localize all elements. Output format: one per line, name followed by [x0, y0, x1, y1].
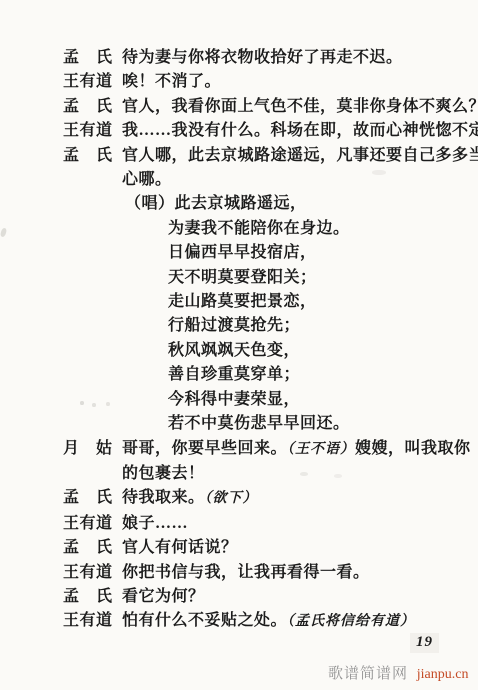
scan-artifact: [372, 170, 386, 175]
watermark: 歌谱简谱网 jianpu.cn: [328, 662, 468, 683]
line-text: 官人有何话说？: [122, 539, 238, 556]
dialogue-text: 看它为何？: [122, 588, 205, 605]
script-line: 天不明莫要登阳关；: [63, 266, 468, 290]
script-line: 今科得中妻荣显，: [63, 388, 468, 412]
line-text: 为妻我不能陪你在身边。: [168, 220, 350, 237]
script-line: 的包裹去！: [63, 462, 468, 486]
line-text: （唱）此去京城路遥远，: [125, 195, 307, 212]
script-line: 孟 氏待为妻与你将衣物收拾好了再走不迟。: [63, 46, 468, 70]
script-line: 行船过渡莫抢先；: [63, 314, 468, 338]
dialogue-text: 娘子……: [122, 515, 188, 532]
script-line: 心哪。: [63, 168, 468, 192]
script-line: 若不中莫伤悲早早回还。: [63, 412, 468, 436]
script-line: 孟 氏官人，我看你面上气色不佳，莫非你身体不爽么？: [63, 95, 468, 119]
script-line: 孟 氏官人有何话说？: [63, 536, 468, 560]
dialogue-text: 的包裹去！: [122, 465, 205, 482]
line-text: 日偏西早早投宿店，: [168, 244, 317, 261]
line-text: 娘子……: [122, 515, 188, 532]
speaker-name: 孟 氏: [63, 486, 111, 510]
stage-direction: （欲下）: [205, 491, 258, 506]
speaker-name: 孟 氏: [63, 95, 111, 119]
scan-artifact: [300, 472, 308, 476]
watermark-brand: 歌谱简谱网: [328, 666, 408, 682]
speaker-name: 王有道: [63, 70, 111, 94]
dialogue-text: 日偏西早早投宿店，: [168, 244, 317, 261]
dialogue-text: 善自珍重莫穿单；: [168, 366, 300, 383]
script-line: 日偏西早早投宿店，: [63, 241, 468, 265]
dialogue-text: 怕有什么不妥贴之处。: [122, 612, 287, 629]
dialogue-text: 心哪。: [122, 171, 172, 188]
script-line: 王有道我……我没有什么。科场在即，故而心神恍惚不定。: [63, 119, 468, 143]
line-text: 官人，我看你面上气色不佳，莫非你身体不爽么？: [122, 98, 478, 115]
stage-direction: （王不语）: [287, 442, 355, 457]
line-text: 你把书信与我，让我再看得一看。: [122, 564, 370, 581]
speaker-name: 孟 氏: [63, 585, 111, 609]
dialogue-text: 秋风飒飒天色变，: [168, 342, 300, 359]
script-line: 孟 氏官人哪，此去京城路途遥远，凡事还要自己多多当: [63, 144, 468, 168]
dialogue-text: 待为妻与你将衣物收拾好了再走不迟。: [122, 49, 403, 66]
speaker-name: 王有道: [63, 561, 111, 585]
dialogue-text: 待我取来。: [122, 489, 205, 506]
line-text: 天不明莫要登阳关；: [168, 269, 317, 286]
script-line: 为妻我不能陪你在身边。: [63, 217, 468, 241]
script-lines: 孟 氏待为妻与你将衣物收拾好了再走不迟。王有道唉！不消了。孟 氏官人，我看你面上…: [63, 46, 468, 635]
line-text: 看它为何？: [122, 588, 205, 605]
dialogue-text: 嫂嫂，叫我取你: [355, 440, 471, 457]
speaker-name: 月 姑: [63, 437, 111, 461]
line-text: 今科得中妻荣显，: [168, 391, 300, 408]
line-text: 哥哥，你要早些回来。（王不语）嫂嫂，叫我取你: [122, 440, 471, 457]
dialogue-text: 官人有何话说？: [122, 539, 238, 556]
page-number: 19: [410, 633, 439, 653]
script-line: 月 姑哥哥，你要早些回来。（王不语）嫂嫂，叫我取你: [63, 437, 468, 462]
script-line: 王有道你把书信与我，让我再看得一看。: [63, 561, 468, 585]
dialogue-text: 官人，我看你面上气色不佳，莫非你身体不爽么？: [122, 98, 478, 115]
dialogue-text: 行船过渡莫抢先；: [168, 317, 300, 334]
dialogue-text: 唉！不消了。: [122, 73, 221, 90]
speaker-name: 孟 氏: [63, 144, 111, 168]
script-line: 孟 氏待我取来。（欲下）: [63, 486, 468, 511]
dialogue-text: 今科得中妻荣显，: [168, 391, 300, 408]
scan-artifact: [0, 227, 7, 237]
line-text: 心哪。: [122, 171, 172, 188]
line-text: 行船过渡莫抢先；: [168, 317, 300, 334]
script-line: （唱）此去京城路遥远，: [63, 192, 468, 216]
line-text: 怕有什么不妥贴之处。（孟氏将信给有道）: [122, 612, 415, 629]
line-text: 唉！不消了。: [122, 73, 221, 90]
dialogue-text: 走山路莫要把景恋，: [168, 293, 317, 310]
dialogue-text: 我……我没有什么。科场在即，故而心神恍惚不定。: [122, 122, 478, 139]
line-text: 待为妻与你将衣物收拾好了再走不迟。: [122, 49, 403, 66]
script-line: 善自珍重莫穿单；: [63, 363, 468, 387]
dialogue-text: 哥哥，你要早些回来。: [122, 440, 287, 457]
speaker-name: 王有道: [63, 119, 111, 143]
line-text: 若不中莫伤悲早早回还。: [168, 415, 350, 432]
dialogue-text: 官人哪，此去京城路途遥远，凡事还要自己多多当: [122, 147, 478, 164]
dialogue-text: （唱）此去京城路遥远，: [125, 195, 307, 212]
speaker-name: 孟 氏: [63, 46, 111, 70]
dialogue-text: 天不明莫要登阳关；: [168, 269, 317, 286]
line-text: 官人哪，此去京城路途遥远，凡事还要自己多多当: [122, 147, 478, 164]
speaker-name: 王有道: [63, 512, 111, 536]
script-line: 走山路莫要把景恋，: [63, 290, 468, 314]
line-text: 待我取来。（欲下）: [122, 489, 258, 506]
script-line: 王有道怕有什么不妥贴之处。（孟氏将信给有道）: [63, 609, 468, 634]
script-line: 王有道娘子……: [63, 512, 468, 536]
script-line: 孟 氏看它为何？: [63, 585, 468, 609]
line-text: 的包裹去！: [122, 465, 205, 482]
line-text: 秋风飒飒天色变，: [168, 342, 300, 359]
line-text: 善自珍重莫穿单；: [168, 366, 300, 383]
dialogue-text: 若不中莫伤悲早早回还。: [168, 415, 350, 432]
stage-direction: （孟氏将信给有道）: [287, 614, 415, 629]
script-line: 秋风飒飒天色变，: [63, 339, 468, 363]
script-line: 王有道唉！不消了。: [63, 70, 468, 94]
scanned-script-page: 孟 氏待为妻与你将衣物收拾好了再走不迟。王有道唉！不消了。孟 氏官人，我看你面上…: [0, 0, 478, 690]
scan-artifact: [80, 401, 84, 405]
line-text: 走山路莫要把景恋，: [168, 293, 317, 310]
speaker-name: 王有道: [63, 609, 111, 633]
line-text: 我……我没有什么。科场在即，故而心神恍惚不定。: [122, 122, 478, 139]
speaker-name: 孟 氏: [63, 536, 111, 560]
dialogue-text: 你把书信与我，让我再看得一看。: [122, 564, 370, 581]
watermark-domain: jianpu.cn: [417, 667, 469, 682]
dialogue-text: 为妻我不能陪你在身边。: [168, 220, 350, 237]
